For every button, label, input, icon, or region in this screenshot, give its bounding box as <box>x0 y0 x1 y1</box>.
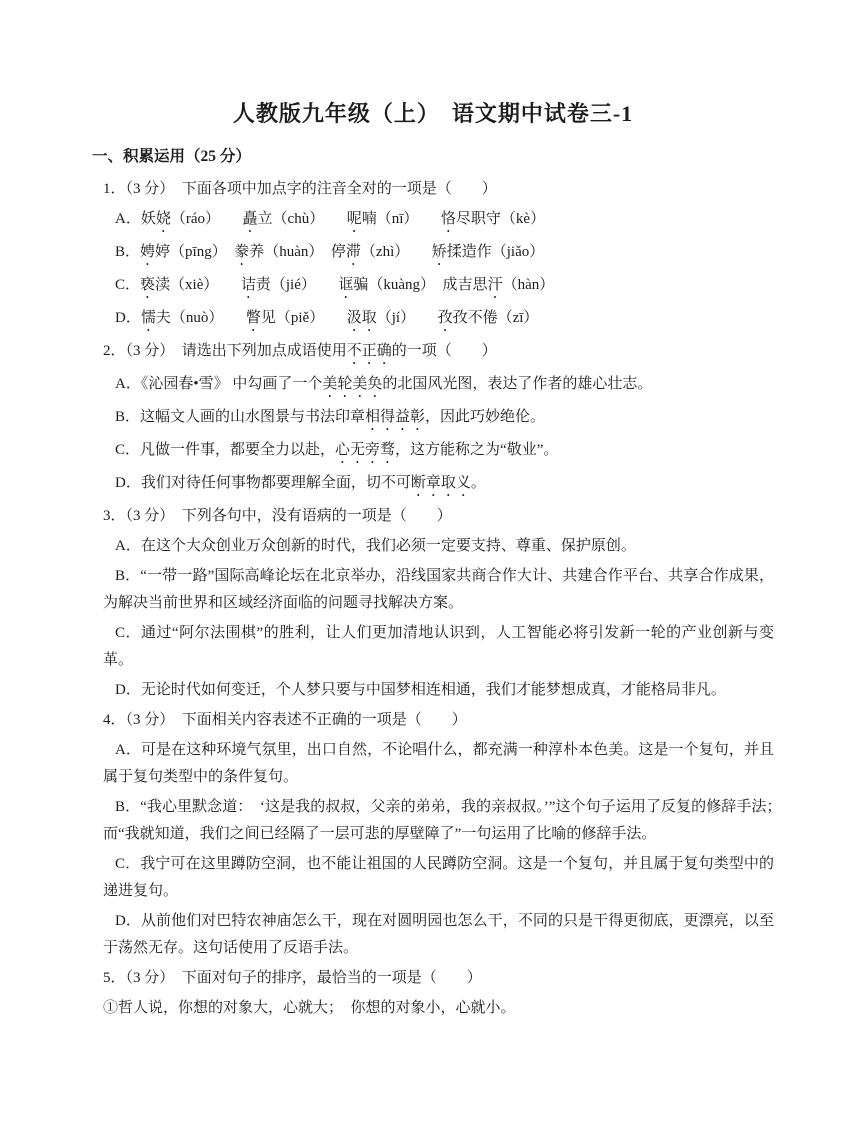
option-label: C． <box>115 625 141 641</box>
emphasized-text: 矗 <box>243 211 258 227</box>
emphasized-text: 诘 <box>241 277 256 293</box>
emphasized-text: 断章取义 <box>411 475 471 491</box>
exam-page: 人教版九年级（上） 语文期中试卷三-1 一、积累运用（25 分） 1．（3 分）… <box>0 0 866 1122</box>
question-1: 1．（3 分） 下面各项中加点字的注音全对的一项是（ ）A．妖娆（ráo） 矗立… <box>92 176 774 335</box>
text-run: “一带一路”国际高峰论坛在北京举办，沿线国家共商合作大计、共建合作平台、共享合作… <box>103 568 774 611</box>
text-run: 尽职守（kè） <box>456 211 545 227</box>
answer-option: C．通过“阿尔法围棋”的胜利，让人们更加清地认识到，人工智能必将引发新一轮的产业… <box>103 620 774 674</box>
answer-option: B．这幅文人画的山水图景与书法印章相得益彰，因此巧妙绝伦。 <box>103 404 774 434</box>
option-label: D． <box>115 310 141 326</box>
text-run: （ráo） <box>171 211 243 227</box>
answer-option: A．妖娆（ráo） 矗立（chù） 呢喃（nī） 恪尽职守（kè） <box>103 206 774 236</box>
question-stem: 5．（3 分） 下面对句子的排序，最恰当的一项是（ ） <box>103 965 774 992</box>
option-label: B． <box>115 799 140 815</box>
answer-option: D．我们对待任何事物都要理解全面，切不可断章取义。 <box>103 470 774 500</box>
option-label: A． <box>115 538 141 554</box>
answer-option: A．可是在这种环境气氛里，出口自然，不论唱什么，都充满一种淳朴本色美。这是一个复… <box>103 737 774 791</box>
emphasized-text: 呢 <box>347 211 362 227</box>
text-run: （jí） <box>377 310 438 326</box>
text-run: 的一项（ ） <box>392 343 497 359</box>
emphasized-text: 汲取 <box>347 310 377 326</box>
emphasized-text: 恪 <box>441 211 456 227</box>
question-stem: 2．（3 分） 请选出下列加点成语使用不正确的一项（ ） <box>103 338 774 368</box>
text-run: 我宁可在这里蹲防空洞，也不能让祖国的人民蹲防空洞。这是一个复句，并且属于复句类型… <box>103 856 774 899</box>
text-run: 妖 <box>141 211 156 227</box>
emphasized-text: 娆 <box>156 211 171 227</box>
option-label: C． <box>115 442 140 458</box>
text-run: ，这方能称之为“敬业”。 <box>395 442 558 458</box>
text-run: 《沁园春•雪》 中勾画了一个 <box>141 376 323 392</box>
text-run: 从前他们对巴特农神庙怎么干，现在对圆明园也怎么干，不同的只是干得更彻底，更漂亮，… <box>103 913 774 956</box>
answer-option: C．亵渎（xiè） 诘责（jié） 诓骗（kuàng） 成吉思汗（hàn） <box>103 272 774 302</box>
emphasized-text: 滞 <box>346 244 361 260</box>
answer-option: A．《沁园春•雪》 中勾画了一个美轮美奂的北国风光图，表达了作者的雄心壮志。 <box>103 371 774 401</box>
text-run: 立（chù） <box>258 211 347 227</box>
text-run: “我心里默念道： ‘这是我的叔叔，父亲的弟弟，我的亲叔叔。’”这个句子运用了反复… <box>103 799 789 842</box>
question-stem: 4．（3 分） 下面相关内容表述不正确的一项是（ ） <box>103 707 774 734</box>
option-label: D． <box>115 913 141 929</box>
text-run: 渎（xiè） <box>155 277 241 293</box>
option-label: B． <box>115 409 140 425</box>
emphasized-text: 汗 <box>488 277 503 293</box>
answer-option: B．娉婷（pīng） 豢养（huàn） 停滞（zhì） 矫揉造作（jiǎo） <box>103 239 774 269</box>
emphasized-text: 不正确 <box>347 343 392 359</box>
option-label: B． <box>115 568 140 584</box>
text-run: 揉造作（jiǎo） <box>447 244 545 260</box>
text-run: 下面对句子的排序，最恰当的一项是（ ） <box>182 970 482 986</box>
answer-option: D．无论时代如何变迁，个人梦只要与中国梦相连相通，我们才能梦想成真，才能格局非凡… <box>103 677 774 704</box>
text-run: 凡做一件事，都要全力以赴， <box>140 442 335 458</box>
option-label: C． <box>115 856 140 872</box>
emphasized-text: 相得益彰 <box>365 409 425 425</box>
text-run: 可是在这种环境气氛里，出口自然，不论唱什么，都充满一种淳朴本色美。这是一个复句，… <box>103 742 774 785</box>
text-run: 。 <box>471 475 486 491</box>
text-run: 无论时代如何变迁，个人梦只要与中国梦相连相通，我们才能梦想成真，才能格局非凡。 <box>141 682 726 698</box>
option-label: C． <box>115 277 140 293</box>
question-number: 4．（3 分） <box>103 712 182 728</box>
text-run: 骗（kuàng） 成吉思 <box>353 277 487 293</box>
page-title: 人教版九年级（上） 语文期中试卷三-1 <box>92 0 774 128</box>
text-run: 这幅文人画的山水图景与书法印章 <box>140 409 365 425</box>
text-run: 责（jié） <box>256 277 339 293</box>
text-run: 的北国风光图，表达了作者的雄心壮志。 <box>382 376 652 392</box>
text-run: （zhì） <box>361 244 432 260</box>
question-4: 4．（3 分） 下面相关内容表述不正确的一项是（ ）A．可是在这种环境气氛里，出… <box>92 707 774 962</box>
text-run: 我们对待任何事物都要理解全面，切不可 <box>141 475 411 491</box>
emphasized-text: 矫 <box>432 244 447 260</box>
emphasized-text: 心无旁骛 <box>335 442 395 458</box>
text-run: 请选出下列加点成语使用 <box>182 343 347 359</box>
question-2: 2．（3 分） 请选出下列加点成语使用不正确的一项（ ）A．《沁园春•雪》 中勾… <box>92 338 774 500</box>
question-number: 3．（3 分） <box>103 508 182 524</box>
emphasized-text: 娉 <box>140 244 155 260</box>
answer-option: B．“一带一路”国际高峰论坛在北京举办，沿线国家共商合作大计、共建合作平台、共享… <box>103 563 774 617</box>
text-run: ①哲人说，你想的对象大，心就大； 你想的对象小，心就小。 <box>103 1000 516 1016</box>
emphasized-text: 诓 <box>338 277 353 293</box>
emphasized-text: 美轮美奂 <box>322 376 382 392</box>
text-run: 养（huàn） 停 <box>249 244 346 260</box>
option-label: A． <box>115 376 141 392</box>
text-run: 下面各项中加点字的注音全对的一项是（ ） <box>182 181 497 197</box>
emphasized-text: 豢 <box>234 244 249 260</box>
option-label: B． <box>115 244 140 260</box>
text-run: 见（piě） <box>261 310 347 326</box>
text-run: ，因此巧妙绝伦。 <box>425 409 545 425</box>
emphasized-text: 瞥 <box>246 310 261 326</box>
answer-option: A．在这个大众创业万众创新的时代，我们必须一定要支持、尊重、保护原创。 <box>103 533 774 560</box>
question-number: 2．（3 分） <box>103 343 182 359</box>
question-stem: 1．（3 分） 下面各项中加点字的注音全对的一项是（ ） <box>103 176 774 203</box>
question-stem: 3．（3 分） 下列各句中，没有语病的一项是（ ） <box>103 503 774 530</box>
text-run: 夫（nuò） <box>156 310 246 326</box>
section-heading: 一、积累运用（25 分） <box>92 146 774 168</box>
option-label: A． <box>115 211 141 227</box>
question-3: 3．（3 分） 下列各句中，没有语病的一项是（ ）A．在这个大众创业万众创新的时… <box>92 503 774 704</box>
text-run: （hàn） <box>503 277 555 293</box>
text-run: 在这个大众创业万众创新的时代，我们必须一定要支持、尊重、保护原创。 <box>141 538 636 554</box>
option-label: D． <box>115 682 141 698</box>
emphasized-text: 孜 <box>438 310 453 326</box>
emphasized-text: 懦 <box>141 310 156 326</box>
answer-option: D．懦夫（nuò） 瞥见（piě） 汲取（jí） 孜孜不倦（zī） <box>103 305 774 335</box>
answer-option: D．从前他们对巴特农神庙怎么干，现在对圆明园也怎么干，不同的只是干得更彻底，更漂… <box>103 908 774 962</box>
option-label: A． <box>115 742 141 758</box>
answer-option: C．我宁可在这里蹲防空洞，也不能让祖国的人民蹲防空洞。这是一个复句，并且属于复句… <box>103 851 774 905</box>
question-number: 5．（3 分） <box>103 970 182 986</box>
emphasized-text: 亵 <box>140 277 155 293</box>
text-run: 喃（nī） <box>362 211 441 227</box>
numbered-sentence: ①哲人说，你想的对象大，心就大； 你想的对象小，心就小。 <box>103 995 774 1022</box>
text-run: 下列各句中，没有语病的一项是（ ） <box>182 508 452 524</box>
question-number: 1．（3 分） <box>103 181 182 197</box>
option-label: D． <box>115 475 141 491</box>
answer-option: C．凡做一件事，都要全力以赴，心无旁骛，这方能称之为“敬业”。 <box>103 437 774 467</box>
questions: 1．（3 分） 下面各项中加点字的注音全对的一项是（ ）A．妖娆（ráo） 矗立… <box>92 176 774 1022</box>
text-run: 下面相关内容表述不正确的一项是（ ） <box>182 712 467 728</box>
text-run: 婷（pīng） <box>155 244 234 260</box>
question-5: 5．（3 分） 下面对句子的排序，最恰当的一项是（ ）①哲人说，你想的对象大，心… <box>92 965 774 1022</box>
text-run: 通过“阿尔法围棋”的胜利，让人们更加清地认识到，人工智能必将引发新一轮的产业创新… <box>103 625 774 668</box>
answer-option: B．“我心里默念道： ‘这是我的叔叔，父亲的弟弟，我的亲叔叔。’”这个句子运用了… <box>103 794 774 848</box>
text-run: 孜不倦（zī） <box>453 310 539 326</box>
